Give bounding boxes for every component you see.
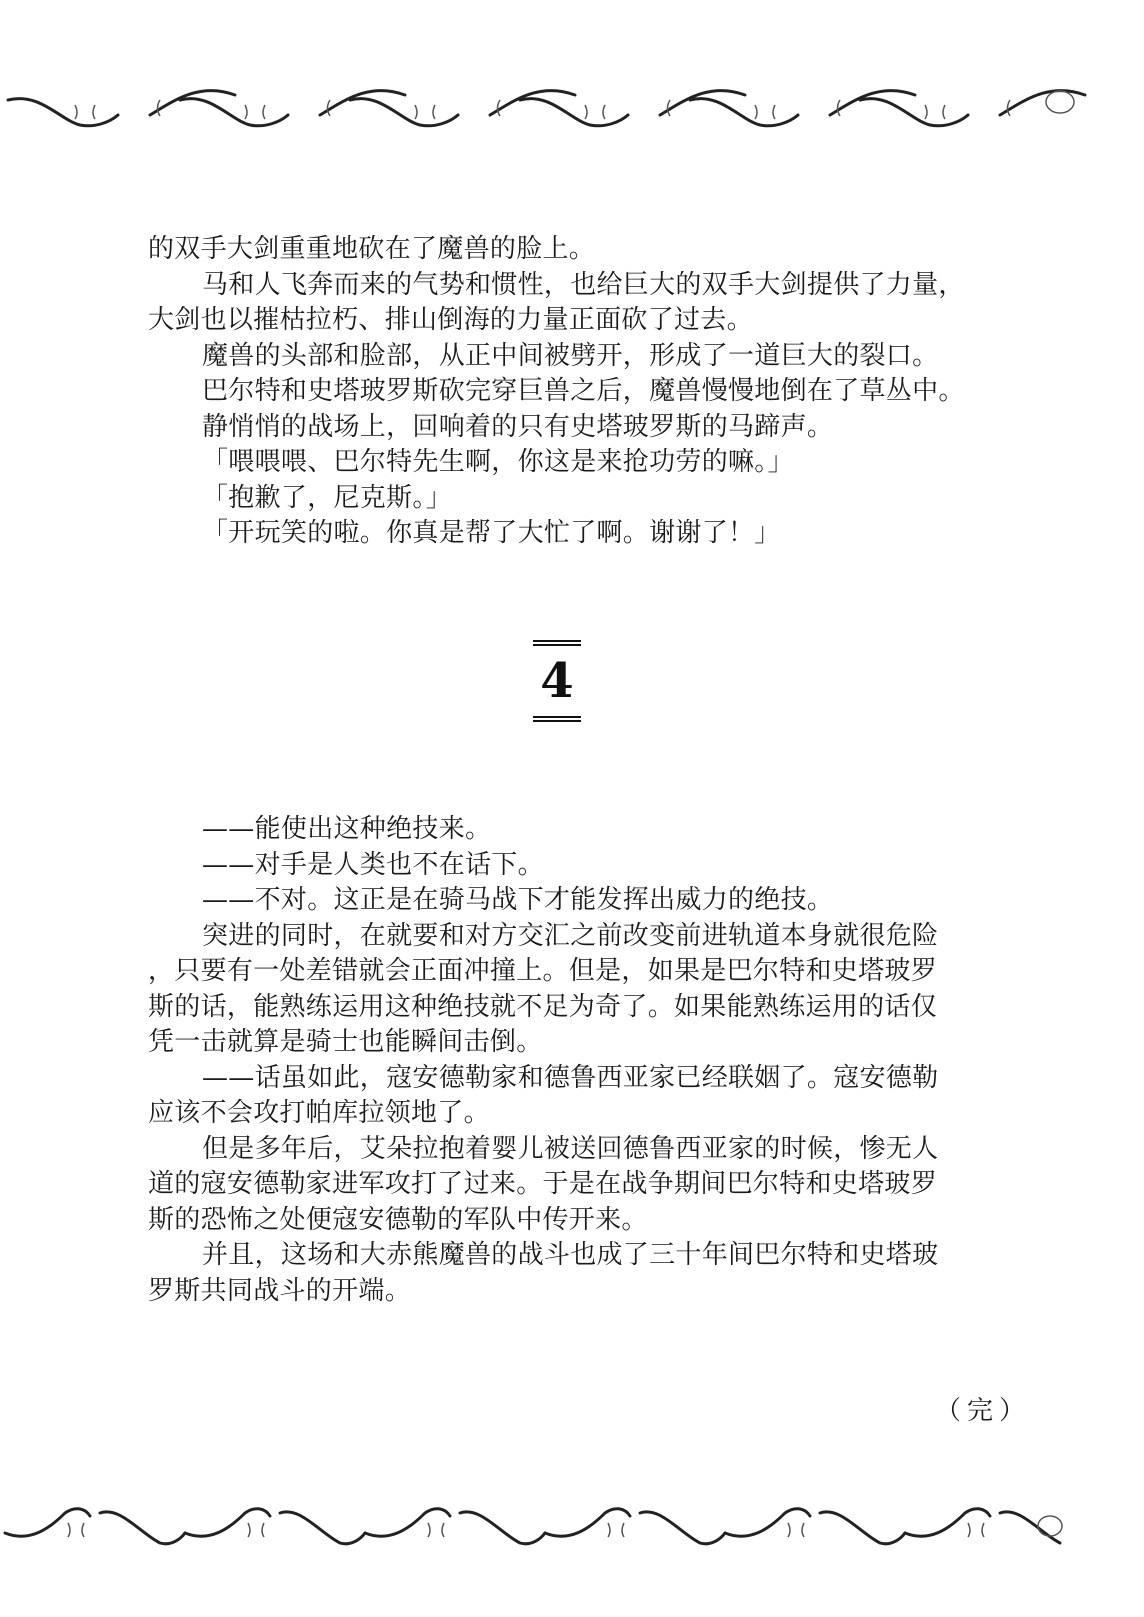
chapter-number: 4 xyxy=(532,646,582,716)
double-rule-divider xyxy=(533,716,581,722)
paragraph-line: 魔兽的头部和脸部，从正中间被劈开，形成了一道巨大的裂口。 xyxy=(148,339,988,375)
bottom-ornament-border xyxy=(0,1488,1144,1558)
paragraph-line: 静悄悄的战场上，回响着的只有史塔玻罗斯的马蹄声。 xyxy=(148,410,988,446)
chapter-heading: 4 xyxy=(532,640,582,740)
paragraph-line: 斯的话，能熟练运用这种绝技就不足为奇了。如果能熟练运用的话仅 xyxy=(148,990,988,1026)
paragraph-line: ，只要有一处差错就会正面冲撞上。但是，如果是巴尔特和史塔玻罗 xyxy=(148,954,988,990)
paragraph-line: 突进的同时，在就要和对方交汇之前改变前进轨道本身就很危险 xyxy=(148,919,988,955)
scroll-vine-icon xyxy=(0,70,1144,140)
dialogue-line: 「开玩笑的啦。你真是帮了大忙了啊。谢谢了！」 xyxy=(148,516,988,552)
section-two-text: ——能使出这种绝技来。 ——对手是人类也不在话下。 ——不对。这正是在骑马战下才… xyxy=(148,812,988,1309)
dialogue-line: 「喂喂喂、巴尔特先生啊，你这是来抢功劳的嘛。」 xyxy=(148,445,988,481)
section-one-text: 的双手大剑重重地砍在了魔兽的脸上。 马和人飞奔而来的气势和惯性，也给巨大的双手大… xyxy=(148,232,988,552)
inner-thought-line: ——能使出这种绝技来。 xyxy=(148,812,988,848)
paragraph-line: 的双手大剑重重地砍在了魔兽的脸上。 xyxy=(148,232,988,268)
paragraph-line: 罗斯共同战斗的开端。 xyxy=(148,1274,988,1310)
paragraph-line: 大剑也以摧枯拉朽、排山倒海的力量正面砍了过去。 xyxy=(148,303,988,339)
top-ornament-border xyxy=(0,70,1144,140)
paragraph-line: 马和人飞奔而来的气势和惯性，也给巨大的双手大剑提供了力量， xyxy=(148,268,988,304)
inner-thought-line: ——话虽如此，寇安德勒家和德鲁西亚家已经联姻了。寇安德勒 xyxy=(148,1061,988,1097)
paragraph-line: 但是多年后，艾朵拉抱着婴儿被送回德鲁西亚家的时候，惨无人 xyxy=(148,1132,988,1168)
paragraph-line: 并且，这场和大赤熊魔兽的战斗也成了三十年间巴尔特和史塔玻 xyxy=(148,1238,988,1274)
inner-thought-line: ——对手是人类也不在话下。 xyxy=(148,848,988,884)
paragraph-line: 应该不会攻打帕库拉领地了。 xyxy=(148,1096,988,1132)
scroll-vine-icon xyxy=(0,1488,1144,1558)
paragraph-line: 巴尔特和史塔玻罗斯砍完穿巨兽之后，魔兽慢慢地倒在了草丛中。 xyxy=(148,374,988,410)
inner-thought-line: ——不对。这正是在骑马战下才能发挥出威力的绝技。 xyxy=(148,883,988,919)
paragraph-line: 凭一击就算是骑士也能瞬间击倒。 xyxy=(148,1025,988,1061)
paragraph-line: 道的寇安德勒家进军攻打了过来。于是在战争期间巴尔特和史塔玻罗 xyxy=(148,1167,988,1203)
dialogue-line: 「抱歉了，尼克斯。」 xyxy=(148,481,988,517)
paragraph-line: 斯的恐怖之处便寇安德勒的军队中传开来。 xyxy=(148,1203,988,1239)
end-mark: （完） xyxy=(935,1390,1031,1427)
